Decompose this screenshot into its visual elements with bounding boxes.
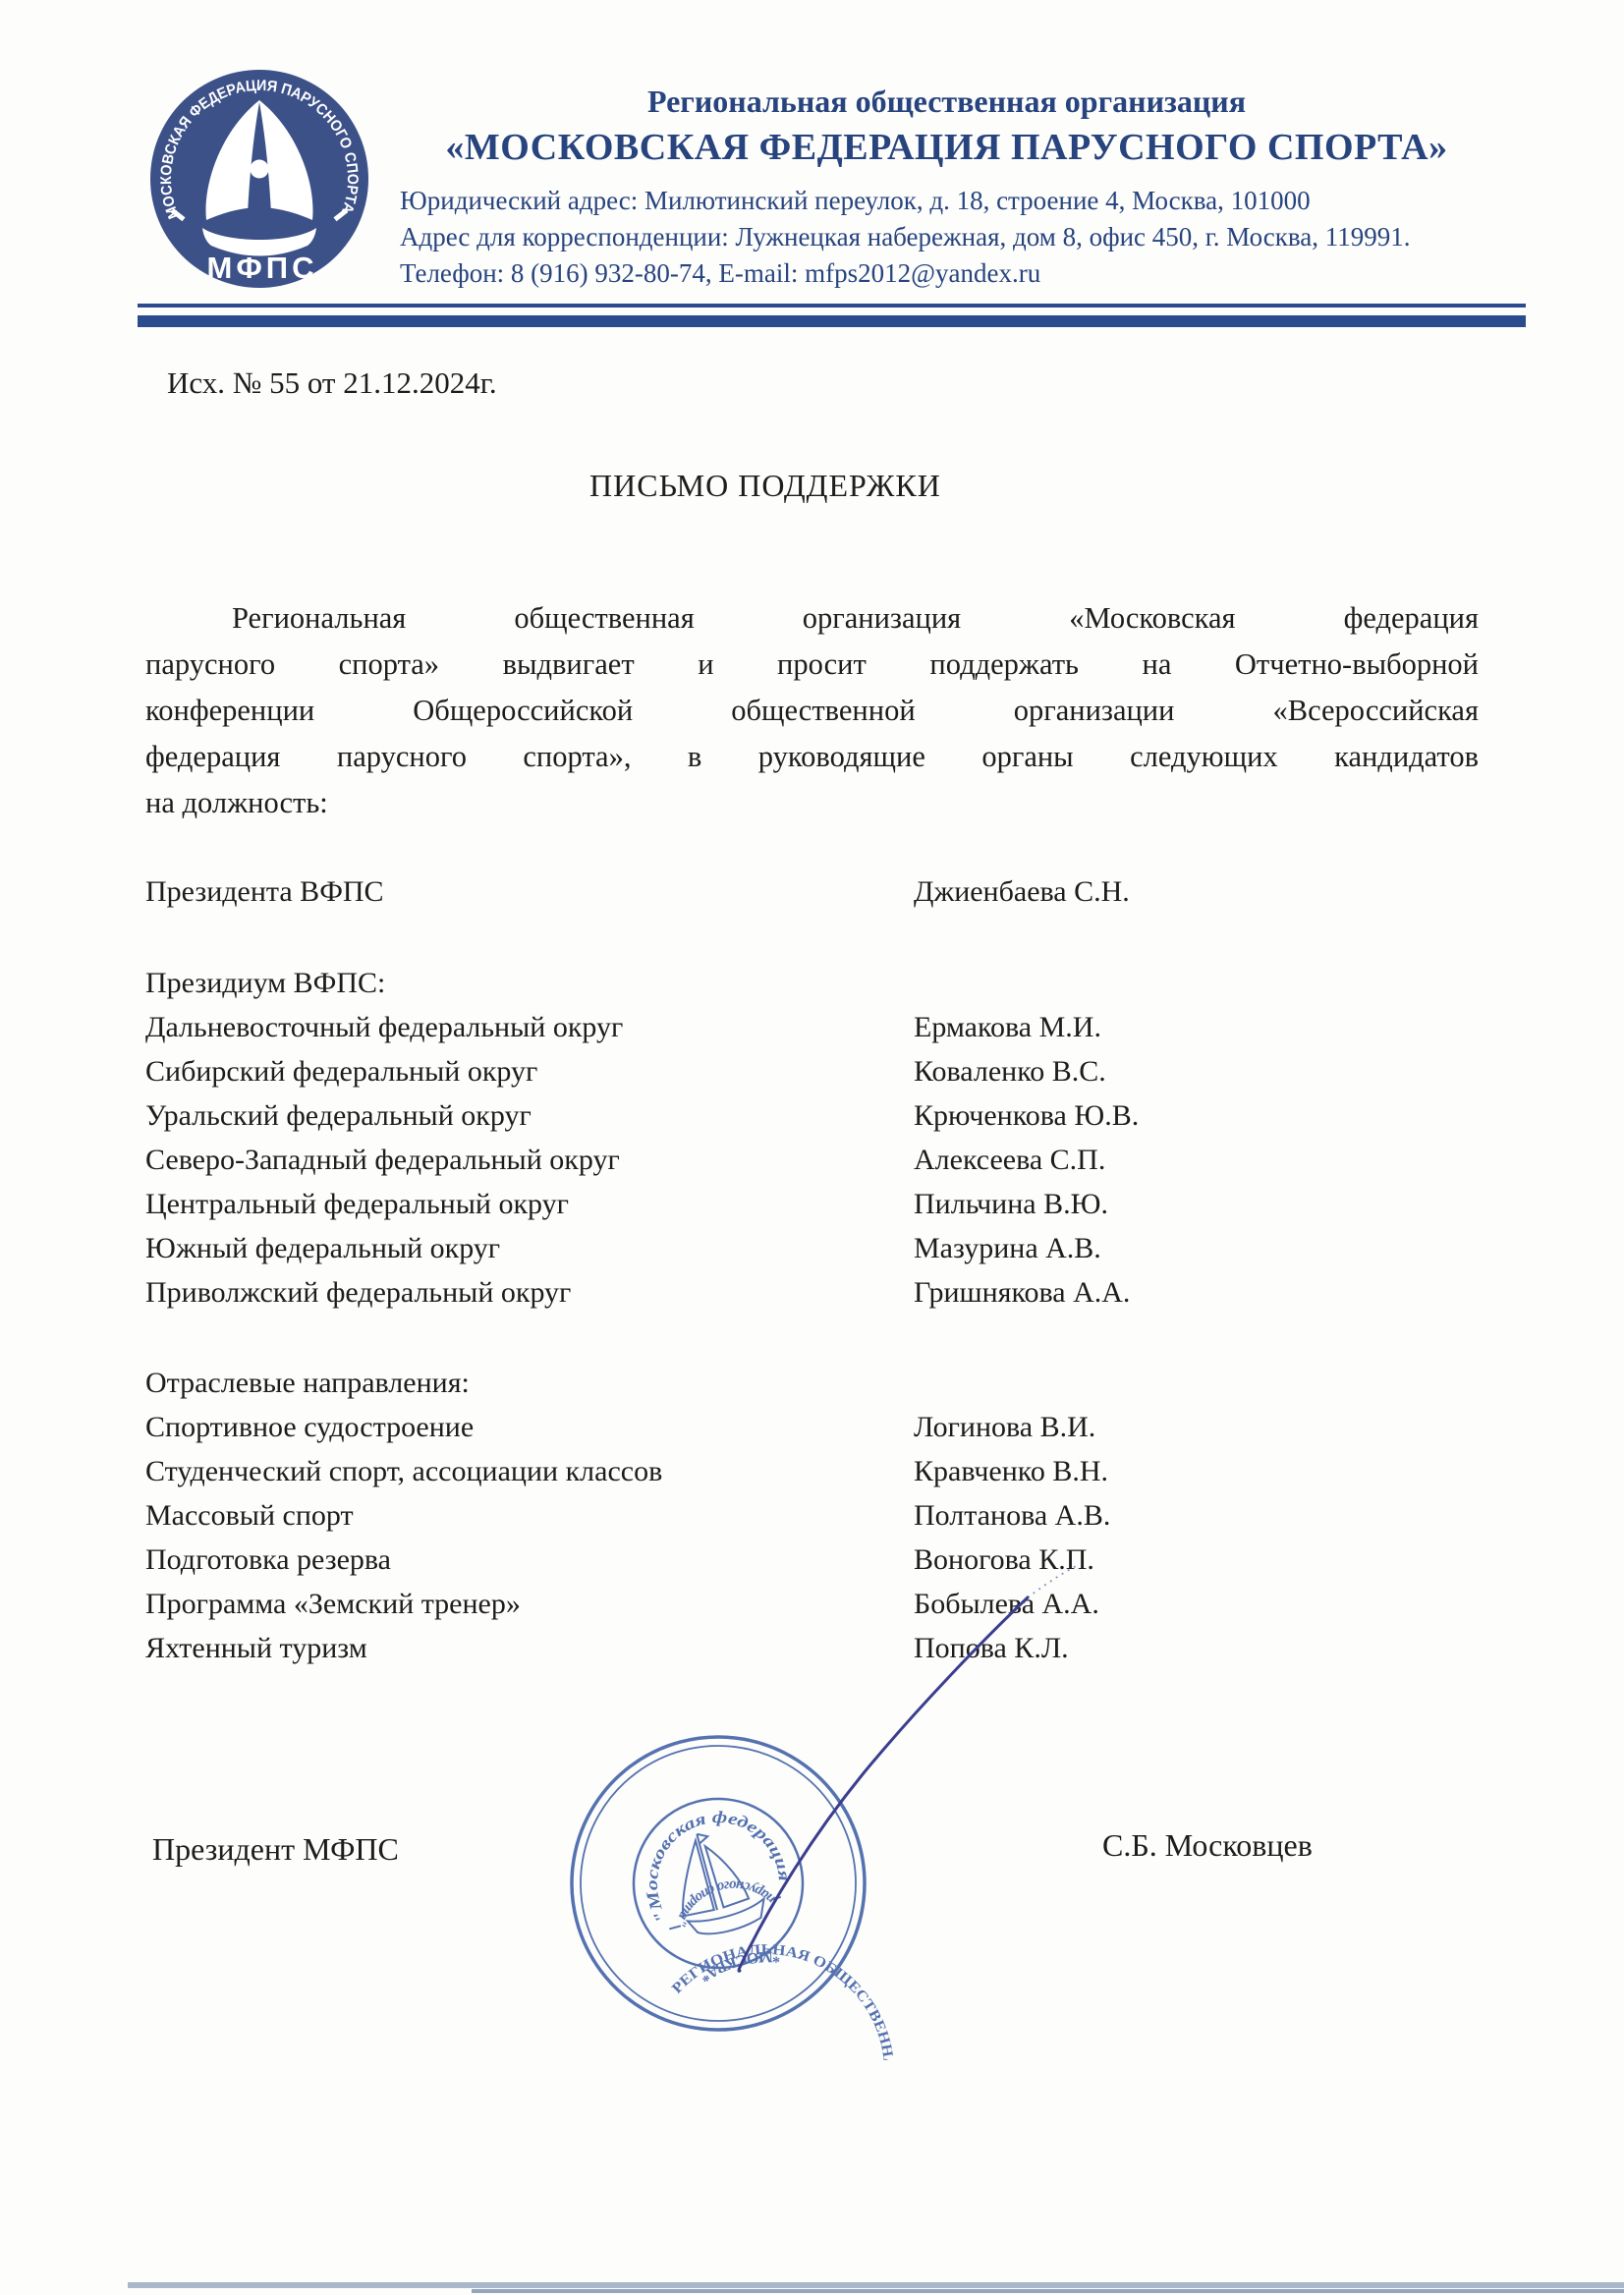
tower-window <box>251 160 269 179</box>
nomination-position: Приволжский федеральный округ <box>145 1270 914 1315</box>
scan-artifact-line-2 <box>472 2289 1624 2293</box>
ref-number-line: Исх. № 55 от 21.12.2024г. <box>167 365 497 401</box>
nomination-row: Центральный федеральный округ Пильчина В… <box>145 1182 1479 1226</box>
nomination-position: Северо-Западный федеральный округ <box>145 1138 914 1182</box>
candidate-name: Логинова В.И. <box>914 1405 1479 1449</box>
candidate-name: Алексеева С.П. <box>914 1138 1479 1182</box>
header-rule-thin <box>138 304 1526 308</box>
nominations-list: Президента ВФПС Джиенбаева С.Н. Президиу… <box>145 869 1479 1670</box>
nomination-row: Уральский федеральный округ Крюченкова Ю… <box>145 1093 1479 1138</box>
nomination-row: Спортивное судостроение Логинова В.И. <box>145 1405 1479 1449</box>
signer-name: С.Б. Московцев <box>1102 1827 1313 1864</box>
nomination-section: Президента ВФПС Джиенбаева С.Н. <box>145 869 1479 914</box>
nomination-row: Президента ВФПС Джиенбаева С.Н. <box>145 869 1479 914</box>
address-legal: Юридический адрес: Милютинский переулок,… <box>400 183 1493 219</box>
nomination-position: Яхтенный туризм <box>145 1626 914 1670</box>
nomination-position: Центральный федеральный округ <box>145 1182 914 1226</box>
candidate-name: Мазурина А.В. <box>914 1226 1479 1270</box>
letterhead: Региональная общественная организация «М… <box>400 83 1493 292</box>
nomination-position: Южный федеральный округ <box>145 1226 914 1270</box>
nomination-position: Спортивное судостроение <box>145 1405 914 1449</box>
nomination-position: Программа «Земский тренер» <box>145 1582 914 1626</box>
org-name: «МОСКОВСКАЯ ФЕДЕРАЦИЯ ПАРУСНОГО СПОРТА» <box>400 124 1493 171</box>
signer-position: Президент МФПС <box>152 1831 399 1868</box>
nomination-row: Южный федеральный округ Мазурина А.В. <box>145 1226 1479 1270</box>
stamp-outer-text: РЕГИОНАЛЬНАЯ ОБЩЕСТВЕННАЯ ОРГАНИЗАЦИЯ ОГ… <box>613 1913 895 2060</box>
candidate-name: Попова К.Л. <box>914 1626 1479 1670</box>
stamp-inner-top-text: "Московская федерация <box>626 1791 798 1928</box>
nomination-position: Сибирский федеральный округ <box>145 1049 914 1093</box>
nomination-row: Яхтенный туризм Попова К.Л. <box>145 1626 1479 1670</box>
scan-artifact-line <box>128 2282 1624 2288</box>
nomination-position: Дальневосточный федеральный округ <box>145 1005 914 1049</box>
candidate-name: Крюченкова Ю.В. <box>914 1093 1479 1138</box>
nomination-row: Программа «Земский тренер» Бобылева А.А. <box>145 1582 1479 1626</box>
tower-base <box>247 211 272 229</box>
nomination-row: Студенческий спорт, ассоциации классов К… <box>145 1449 1479 1493</box>
mfps-logo: МОСКОВСКАЯ ФЕДЕРАЦИЯ ПАРУСНОГО СПОРТА МФ… <box>147 67 371 291</box>
section-heading: Президиум ВФПС: <box>145 961 1479 1005</box>
address-block: Юридический адрес: Милютинский переулок,… <box>400 183 1493 292</box>
body-paragraph: Региональная общественная организация «М… <box>145 595 1479 826</box>
nomination-row: Сибирский федеральный округ Коваленко В.… <box>145 1049 1479 1093</box>
candidate-name: Коваленко В.С. <box>914 1049 1479 1093</box>
nomination-row: Массовый спорт Полтанова А.В. <box>145 1493 1479 1538</box>
org-type: Региональная общественная организация <box>400 83 1493 120</box>
nomination-position: Президента ВФПС <box>145 869 914 914</box>
candidate-name: Полтанова А.В. <box>914 1493 1479 1538</box>
body-paragraph-last: на должность: <box>145 780 1479 826</box>
nomination-position: Уральский федеральный округ <box>145 1093 914 1138</box>
letter-page: МОСКОВСКАЯ ФЕДЕРАЦИЯ ПАРУСНОГО СПОРТА МФ… <box>0 0 1624 2295</box>
candidate-name: Ермакова М.И. <box>914 1005 1479 1049</box>
candidate-name: Пильчина В.Ю. <box>914 1182 1479 1226</box>
candidate-name: Бобылева А.А. <box>914 1582 1479 1626</box>
address-postal: Адрес для корреспонденции: Лужнецкая наб… <box>400 219 1493 255</box>
candidate-name: Кравченко В.Н. <box>914 1449 1479 1493</box>
nomination-row: Подготовка резерва Воногова К.П. <box>145 1538 1479 1582</box>
nomination-row: Приволжский федеральный округ Гришнякова… <box>145 1270 1479 1315</box>
nomination-row: Северо-Западный федеральный округ Алексе… <box>145 1138 1479 1182</box>
nomination-position: Студенческий спорт, ассоциации классов <box>145 1449 914 1493</box>
body-paragraph-lines: Региональная общественная организация «М… <box>145 595 1479 780</box>
nomination-section: Президиум ВФПС: Дальневосточный федераль… <box>145 961 1479 1315</box>
official-stamp: РЕГИОНАЛЬНАЯ ОБЩЕСТВЕННАЯ ОРГАНИЗАЦИЯ ОГ… <box>541 1707 895 2060</box>
letter-title: ПИСЬМО ПОДДЕРЖКИ <box>589 468 941 504</box>
contacts-line: Телефон: 8 (916) 932-80-74, E-mail: mfps… <box>400 255 1493 292</box>
candidate-name: Гришнякова А.А. <box>914 1270 1479 1315</box>
candidate-name: Воногова К.П. <box>914 1538 1479 1582</box>
nomination-position: Массовый спорт <box>145 1493 914 1538</box>
section-heading: Отраслевые направления: <box>145 1361 1479 1405</box>
nomination-section: Отраслевые направления: Спортивное судос… <box>145 1361 1479 1670</box>
header-rule-thick <box>138 315 1526 327</box>
nomination-row: Дальневосточный федеральный округ Ермако… <box>145 1005 1479 1049</box>
nomination-position: Подготовка резерва <box>145 1538 914 1582</box>
candidate-name: Джиенбаева С.Н. <box>914 869 1479 914</box>
logo-abbr-text: МФПС <box>207 251 318 285</box>
